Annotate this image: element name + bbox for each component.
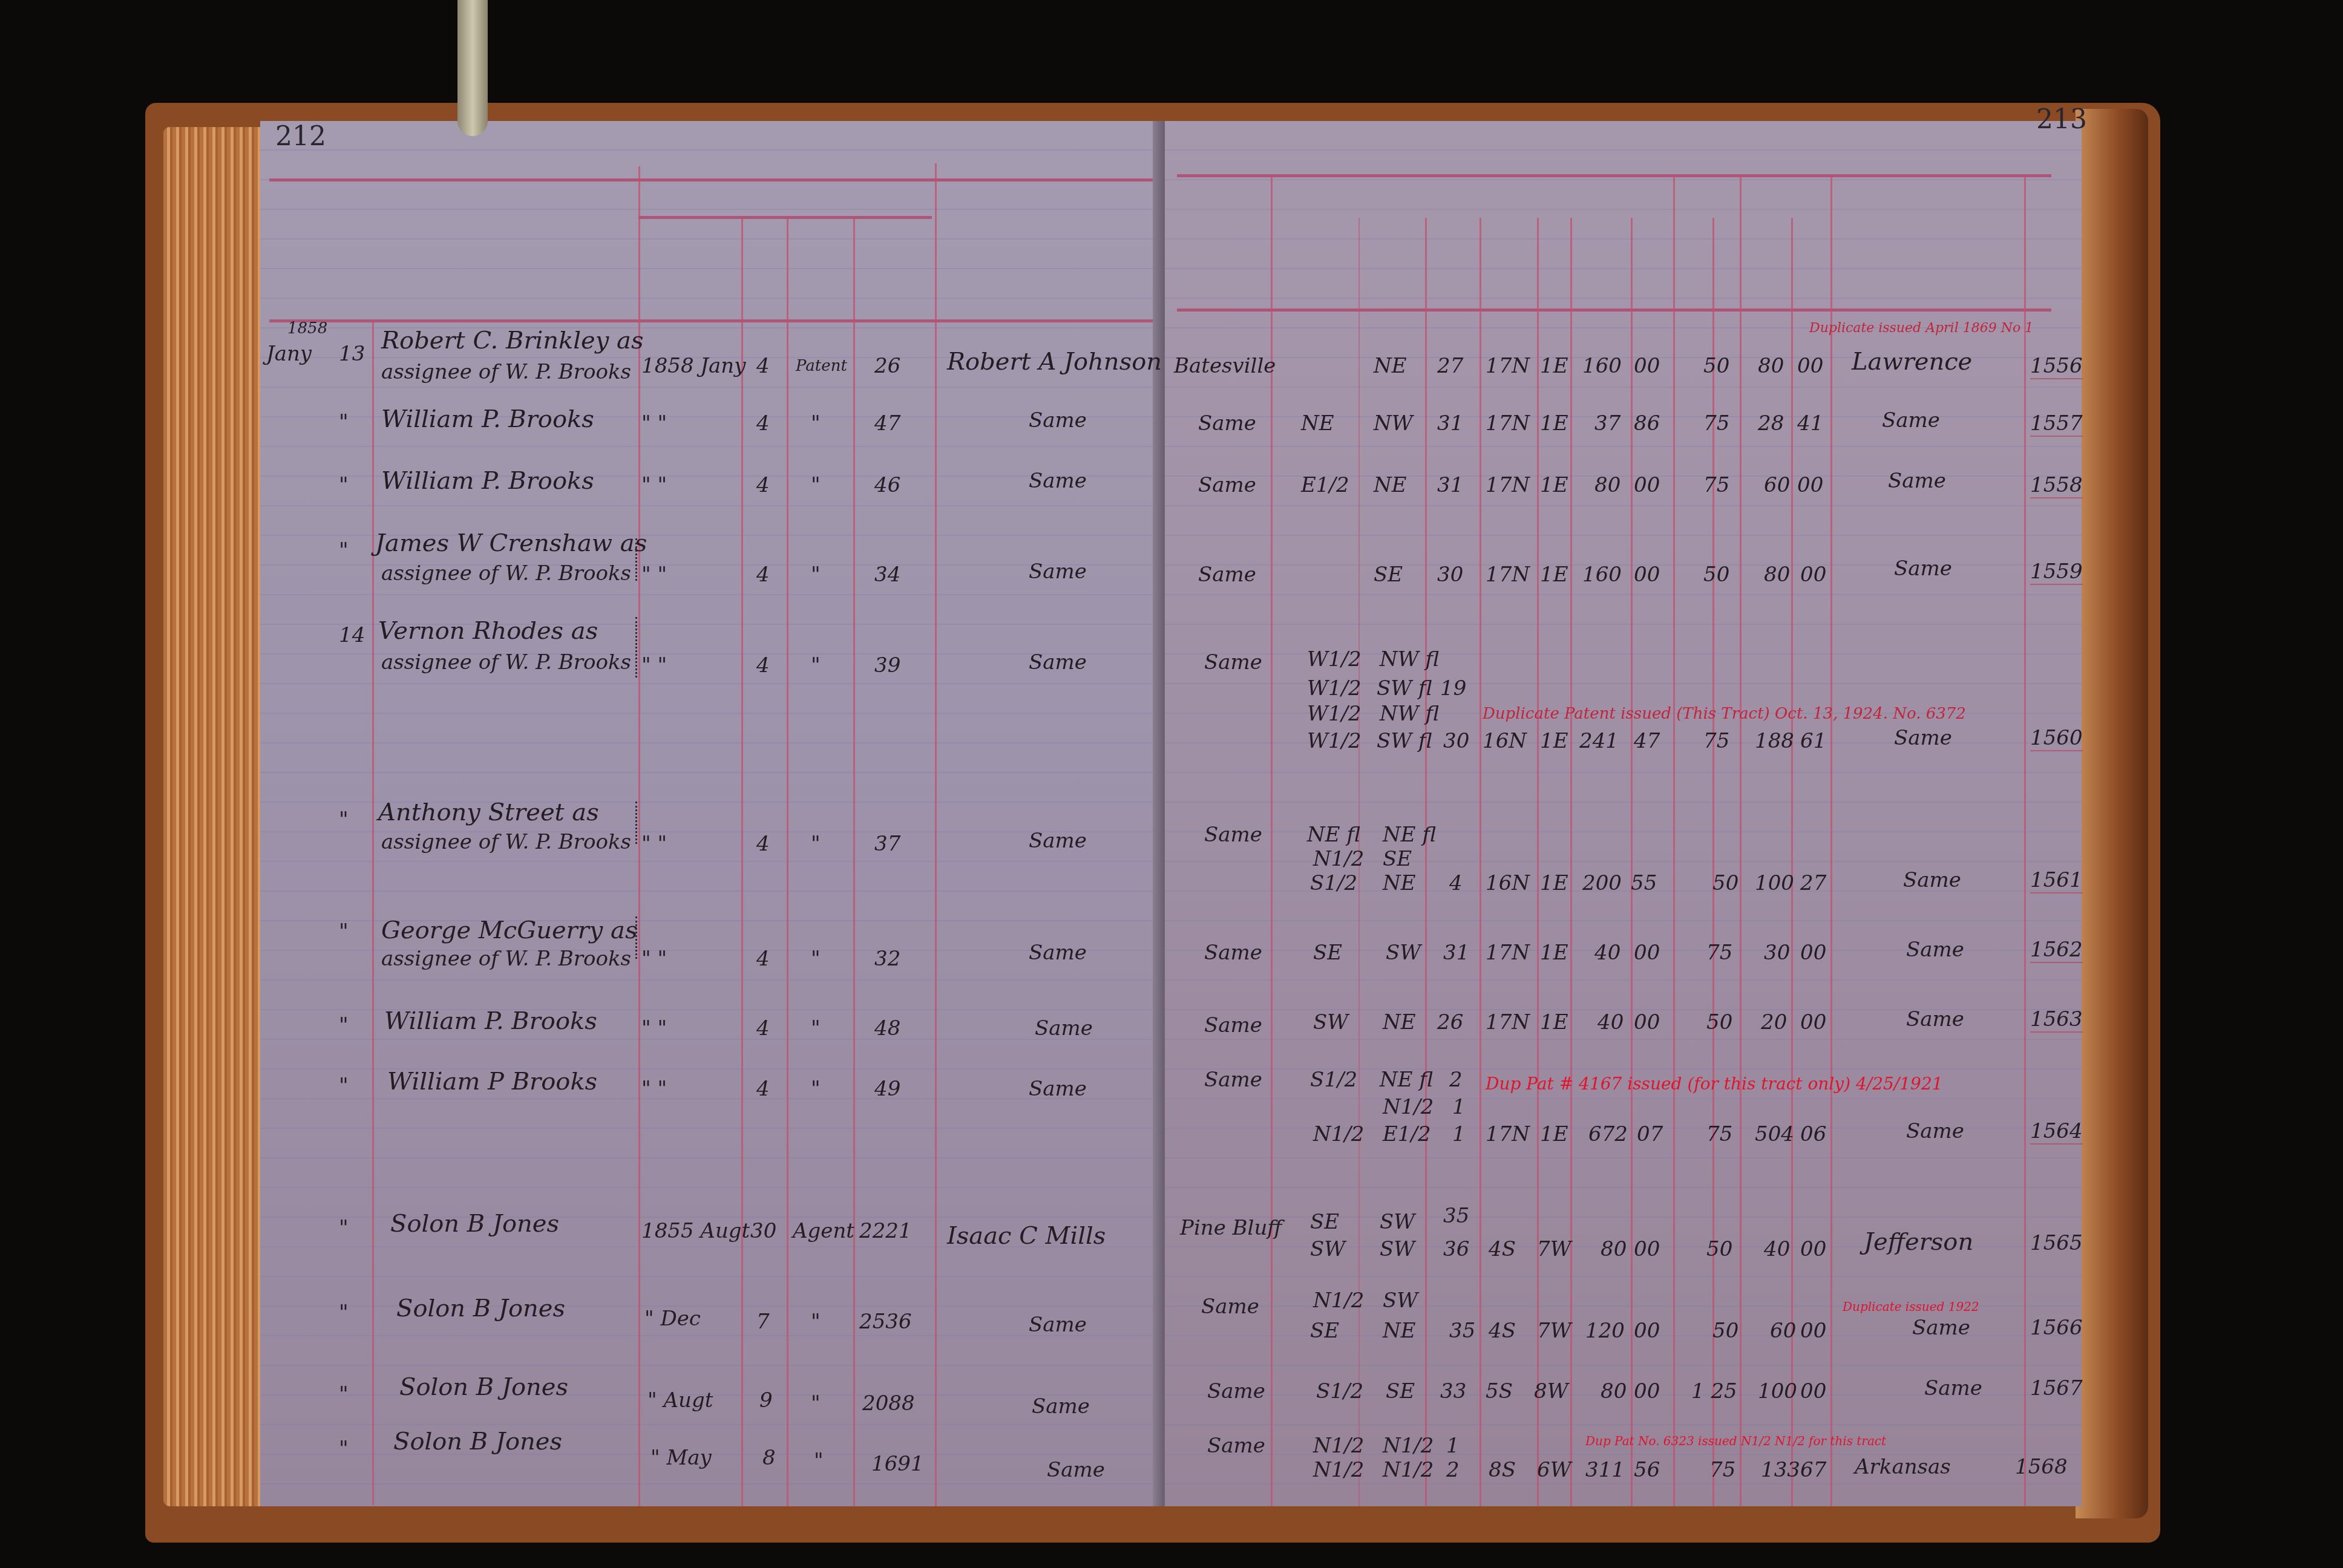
amount: 30 — [1764, 941, 1790, 965]
right-page-stack-edge — [2076, 109, 2148, 1518]
tract-part: S1/2 — [1310, 1068, 1357, 1092]
rate: 75 — [1703, 729, 1729, 753]
township: 17N — [1486, 354, 1530, 378]
residence: Same — [1198, 563, 1256, 587]
residence: Same — [1204, 941, 1262, 965]
brace-mark — [635, 916, 640, 959]
entry-ditto: " — [339, 410, 349, 434]
section: 26 — [1437, 1010, 1463, 1034]
tract-quarter: NW fl — [1380, 647, 1439, 671]
residence: Same — [1204, 1068, 1262, 1092]
tract-part: NE fl — [1307, 823, 1360, 847]
purchaser-name: William P. Brooks — [384, 1007, 597, 1035]
range: 1E — [1540, 354, 1568, 378]
tract-part: N1/2 — [1313, 1458, 1364, 1482]
amount: 133 — [1761, 1458, 1800, 1482]
warrant-date: " " — [641, 947, 667, 971]
range: 1E — [1540, 473, 1568, 497]
certificate-number: 1566 — [2030, 1316, 2083, 1340]
warrant-type: " — [811, 832, 821, 856]
amount: 20 — [1761, 1010, 1787, 1034]
amount: 100 — [1755, 871, 1794, 895]
locator-name: Same — [1029, 650, 1087, 675]
purchaser-name: William P. Brooks — [381, 405, 594, 433]
county: Jefferson — [1864, 1228, 1973, 1256]
warrant-day: 4 — [756, 832, 770, 856]
column-rule — [741, 218, 743, 1506]
quarter: NE — [1374, 354, 1407, 378]
tract-quarter: SW — [1380, 1237, 1415, 1261]
residence: Pine Bluff — [1180, 1216, 1282, 1240]
quarter: SE — [1374, 563, 1403, 587]
section: 31 — [1443, 941, 1469, 965]
amount: 28 — [1758, 411, 1784, 436]
warrant-date: " " — [641, 563, 667, 587]
acres-fraction: 00 — [1634, 1237, 1660, 1261]
column-rule — [372, 319, 374, 1505]
section: 33 — [1440, 1379, 1466, 1403]
warrant-type: " — [811, 1077, 821, 1101]
locator-name: Same — [1047, 1458, 1105, 1482]
entry-ditto: " — [339, 1382, 349, 1406]
entry-month: Jany — [266, 342, 312, 366]
locator-name: Same — [1035, 1016, 1093, 1040]
tract-part: SE — [1310, 1210, 1339, 1234]
certificate-number: 1567 — [2030, 1376, 2083, 1400]
tract-quarter: NE fl — [1380, 1068, 1433, 1092]
range: 7W — [1537, 1319, 1571, 1343]
warrant-type: " — [814, 1449, 824, 1473]
amount-cents: 00 — [1797, 354, 1823, 378]
warrant-type: " — [811, 1310, 821, 1334]
county: Same — [1906, 1119, 1964, 1143]
quarter: NE — [1383, 1010, 1416, 1034]
county: Lawrence — [1852, 348, 1972, 376]
acres: 40 — [1597, 1010, 1624, 1034]
warrant-date: " May — [650, 1446, 712, 1470]
range: 1E — [1540, 1010, 1568, 1034]
warrant-day: 30 — [750, 1219, 776, 1243]
tract-quarter: NE fl — [1383, 823, 1436, 847]
tract-quarter: SE — [1383, 847, 1412, 871]
rate: 50 — [1703, 354, 1729, 378]
entry-ditto: " — [339, 1437, 349, 1461]
column-rule — [1791, 218, 1793, 1506]
acres: 37 — [1594, 411, 1620, 436]
acres: 200 — [1582, 871, 1622, 895]
red-annotation: Duplicate issued April 1869 No 1 — [1809, 321, 2033, 336]
tract-section: 19 — [1440, 676, 1466, 701]
rate: 1 25 — [1691, 1379, 1737, 1403]
rate: 75 — [1706, 941, 1732, 965]
warrant-day: 7 — [756, 1310, 770, 1334]
locator-name: Same — [1029, 560, 1087, 584]
left-page-stack-edge — [163, 127, 272, 1506]
acres: 311 — [1585, 1458, 1625, 1482]
tract-quarter: NE — [1383, 871, 1416, 895]
warrant-type: " — [811, 947, 821, 971]
amount-cents: 00 — [1797, 473, 1823, 497]
acres: 241 — [1579, 729, 1619, 753]
purchaser-name: William P. Brooks — [381, 467, 594, 495]
red-annotation: Duplicate Patent issued (This Tract) Oct… — [1483, 705, 1966, 723]
warrant-number: 2536 — [859, 1310, 912, 1334]
right-page-number: 213 — [2036, 104, 2087, 135]
quarter: SE — [1386, 1379, 1415, 1403]
brace-mark — [635, 617, 640, 678]
county: Same — [1882, 408, 1940, 433]
range: 1E — [1540, 563, 1568, 587]
part-of-section: SE — [1313, 941, 1342, 965]
warrant-type: Agent — [793, 1219, 854, 1243]
warrant-type: " — [811, 1391, 821, 1416]
locator-name: Robert A Johnson — [947, 348, 1162, 376]
tract-section: 35 — [1443, 1204, 1469, 1228]
part-of-section: SW — [1313, 1010, 1348, 1034]
locator-name: Same — [1029, 941, 1087, 965]
warrant-day: 4 — [756, 1016, 770, 1040]
purchaser-name: James W Crenshaw as — [375, 529, 647, 557]
residence: Same — [1204, 1013, 1262, 1037]
purchaser-assignee: assignee of W. P. Brooks — [381, 561, 631, 586]
acres-fraction: 07 — [1637, 1122, 1663, 1146]
acres-fraction: 56 — [1634, 1458, 1660, 1482]
county: Same — [1903, 868, 1961, 892]
range: 1E — [1540, 729, 1568, 753]
township: 17N — [1486, 563, 1530, 587]
amount: 60 — [1770, 1319, 1796, 1343]
column-rule — [2024, 175, 2026, 1506]
range: 1E — [1540, 1122, 1568, 1146]
warrant-day: 4 — [756, 947, 770, 971]
purchaser-assignee: assignee of W. P. Brooks — [381, 650, 631, 675]
acres: 120 — [1585, 1319, 1625, 1343]
locator-name: Same — [1029, 469, 1087, 493]
amount-cents: 67 — [1800, 1458, 1826, 1482]
purchaser-name: Robert C. Brinkley as — [381, 327, 643, 354]
column-rule — [1570, 218, 1572, 1506]
tract-section: 30 — [1443, 729, 1469, 753]
purchaser-name: Vernon Rhodes as — [378, 617, 598, 645]
tract-part: SW — [1310, 1237, 1345, 1261]
county: Arkansas — [1855, 1455, 1951, 1479]
column-rule — [935, 163, 937, 1506]
amount: 80 — [1758, 354, 1784, 378]
tract-quarter: E1/2 — [1383, 1122, 1431, 1146]
entry-ditto: " — [339, 920, 349, 944]
tract-quarter: SW — [1380, 1210, 1415, 1234]
purchaser-assignee: assignee of W. P. Brooks — [381, 947, 631, 971]
certificate-number: 1559 — [2030, 560, 2083, 585]
certificate-number: 1565 — [2030, 1231, 2083, 1255]
warrant-day: 8 — [762, 1446, 776, 1470]
tract-part: N1/2 — [1313, 1122, 1364, 1146]
warrant-number: 1691 — [871, 1452, 924, 1476]
column-rule — [787, 218, 788, 1506]
warrant-date: " " — [641, 832, 667, 856]
warrant-date: " " — [641, 411, 667, 436]
column-rule — [853, 218, 855, 1506]
tract-part: W1/2 — [1307, 647, 1362, 671]
warrant-day: 4 — [756, 473, 770, 497]
residence: Same — [1204, 823, 1262, 847]
warrant-day: 4 — [756, 411, 770, 436]
amount: 504 — [1755, 1122, 1794, 1146]
range: 1E — [1540, 941, 1568, 965]
section: 31 — [1437, 411, 1463, 436]
entry-ditto: " — [339, 1013, 349, 1037]
warrant-type: Patent — [796, 357, 847, 375]
tract-quarter: N1/2 — [1383, 1458, 1434, 1482]
county: Same — [1894, 557, 1952, 581]
red-annotation: Duplicate issued 1922 — [1843, 1299, 1979, 1314]
tract-quarter: NE — [1383, 1319, 1416, 1343]
tract-quarter: SW — [1383, 1289, 1418, 1313]
acres-fraction: 00 — [1634, 563, 1660, 587]
locator-name: Isaac C Mills — [947, 1222, 1106, 1250]
part-of-section: E1/2 — [1301, 473, 1349, 497]
rate: 75 — [1703, 473, 1729, 497]
amount-cents: 00 — [1800, 1379, 1826, 1403]
certificate-number: 1557 — [2030, 411, 2083, 437]
township: 17N — [1486, 473, 1530, 497]
column-rule — [1480, 218, 1481, 1506]
section: 30 — [1437, 563, 1463, 587]
left-page-number: 212 — [275, 121, 326, 152]
residence: Same — [1207, 1434, 1265, 1458]
tract-part: S1/2 — [1310, 871, 1357, 895]
warrant-day: 4 — [756, 354, 770, 378]
certificate-number: 1563 — [2030, 1007, 2083, 1033]
tract-section: 1 — [1446, 1434, 1460, 1458]
column-rule — [1740, 175, 1742, 1506]
amount: 80 — [1764, 563, 1790, 587]
acres-fraction: 00 — [1634, 1010, 1660, 1034]
column-rule — [1631, 218, 1633, 1506]
amount-cents: 61 — [1800, 729, 1826, 753]
county: Same — [1912, 1316, 1970, 1340]
part-of-section: NE — [1301, 411, 1334, 436]
residence: Same — [1198, 473, 1256, 497]
tract-part: SE — [1310, 1319, 1339, 1343]
purchaser-name: George McGuerry as — [381, 916, 638, 944]
acres-fraction: 00 — [1634, 1319, 1660, 1343]
locator-name: Same — [1029, 829, 1087, 853]
tract-section: 1 — [1452, 1122, 1466, 1146]
locator-name: Same — [1029, 1313, 1087, 1337]
quarter: SW — [1386, 941, 1421, 965]
warrant-number: 26 — [874, 354, 900, 378]
warrant-day: 4 — [756, 1077, 770, 1101]
warrant-number: 34 — [874, 563, 900, 587]
entry-ditto: " — [339, 538, 349, 563]
township: 16N — [1483, 729, 1527, 753]
acres: 80 — [1601, 1237, 1627, 1261]
certificate-number: 1560 — [2030, 726, 2083, 751]
acres: 40 — [1594, 941, 1620, 965]
certificate-number: 1556 — [2030, 354, 2083, 379]
township: 17N — [1486, 1122, 1530, 1146]
range: 8W — [1534, 1379, 1568, 1403]
warrant-date: " " — [641, 653, 667, 678]
tract-section: 36 — [1443, 1237, 1469, 1261]
residence: Same — [1198, 411, 1256, 436]
tract-part: N1/2 — [1313, 1434, 1364, 1458]
amount-cents: 00 — [1800, 563, 1826, 587]
acres-fraction: 55 — [1631, 871, 1657, 895]
tract-part: W1/2 — [1307, 702, 1362, 726]
township: 4S — [1489, 1237, 1516, 1261]
amount: 40 — [1764, 1237, 1790, 1261]
tract-section: 1 — [1452, 1095, 1466, 1119]
amount: 60 — [1764, 473, 1790, 497]
township: 17N — [1486, 1010, 1530, 1034]
brace-mark — [635, 802, 640, 844]
acres-fraction: 47 — [1634, 729, 1660, 753]
certificate-number: 1558 — [2030, 473, 2083, 498]
residence: Same — [1207, 1379, 1265, 1403]
warrant-number: 37 — [874, 832, 900, 856]
purchaser-name: Solon B Jones — [393, 1428, 562, 1455]
warrant-type: " — [811, 1016, 821, 1040]
purchaser-name: Solon B Jones — [399, 1373, 568, 1401]
tract-quarter: N1/2 — [1383, 1434, 1434, 1458]
tract-quarter: SW fl — [1377, 676, 1432, 701]
tract-quarter: NW fl — [1380, 702, 1439, 726]
county: Same — [1924, 1376, 1982, 1400]
tract-section: 4 — [1449, 871, 1463, 895]
metal-bookmark-clip — [457, 0, 488, 136]
tract-part: W1/2 — [1307, 729, 1362, 753]
acres-fraction: 00 — [1634, 473, 1660, 497]
certificate-number: 1561 — [2030, 868, 2083, 893]
entry-ditto: " — [339, 1216, 349, 1240]
amount-cents: 00 — [1800, 1319, 1826, 1343]
purchaser-name: William P Brooks — [387, 1068, 597, 1096]
warrant-date: " Augt — [647, 1388, 713, 1413]
acres: 160 — [1582, 354, 1622, 378]
county: Same — [1906, 938, 1964, 962]
section: 27 — [1437, 354, 1463, 378]
amount-cents: 00 — [1800, 941, 1826, 965]
warrant-day: 4 — [756, 653, 770, 678]
rate: 50 — [1712, 871, 1738, 895]
amount-cents: 27 — [1800, 871, 1826, 895]
county: Same — [1894, 726, 1952, 750]
range: 1E — [1540, 411, 1568, 436]
township: 4S — [1489, 1319, 1516, 1343]
warrant-number: 32 — [874, 947, 900, 971]
entry-ditto: " — [339, 473, 349, 497]
township: 17N — [1486, 941, 1530, 965]
locator-name: Same — [1029, 1077, 1087, 1101]
acres: 80 — [1594, 473, 1620, 497]
rate: 50 — [1703, 563, 1729, 587]
county: Same — [1906, 1007, 1964, 1031]
warrant-number: 2221 — [859, 1219, 912, 1243]
warrant-day: 9 — [759, 1388, 773, 1413]
header-bottom-rule-right — [1177, 309, 2051, 312]
rate: 50 — [1712, 1319, 1738, 1343]
range: 1E — [1540, 871, 1568, 895]
county: Same — [1888, 469, 1946, 493]
tract-part: W1/2 — [1307, 676, 1362, 701]
warrant-type: " — [811, 653, 821, 678]
warrant-number: 46 — [874, 473, 900, 497]
tract-section: 2 — [1449, 1068, 1463, 1092]
residence: Same — [1204, 650, 1262, 675]
header-bottom-rule — [269, 319, 1153, 322]
quarter: NE — [1374, 473, 1407, 497]
column-rule — [1425, 218, 1427, 1506]
acres: 160 — [1582, 563, 1622, 587]
acres-fraction: 00 — [1634, 354, 1660, 378]
certificate-number: 1564 — [2030, 1119, 2083, 1145]
acres: 672 — [1588, 1122, 1628, 1146]
township: 17N — [1486, 411, 1530, 436]
certificate-number: 1568 — [2015, 1455, 2068, 1479]
column-rule — [1673, 175, 1675, 1506]
purchaser-assignee: assignee of W. P. Brooks — [381, 360, 631, 384]
purchaser-name: Solon B Jones — [390, 1210, 559, 1238]
certificate-number: 1562 — [2030, 938, 2083, 963]
red-annotation: Dup Pat # 4167 issued (for this tract on… — [1486, 1074, 1943, 1094]
warrant-date: " Dec — [644, 1307, 701, 1331]
township: 16N — [1486, 871, 1530, 895]
acres: 80 — [1601, 1379, 1627, 1403]
township: 5S — [1486, 1379, 1513, 1403]
column-rule — [1537, 218, 1539, 1506]
residence: Same — [1201, 1295, 1259, 1319]
warrant-date: " " — [641, 1016, 667, 1040]
amount-cents: 00 — [1800, 1237, 1826, 1261]
entry-ditto: " — [339, 1301, 349, 1325]
entry-day: 13 — [339, 342, 365, 366]
entry-ditto: " — [339, 808, 349, 832]
entry-day: 14 — [339, 623, 365, 647]
tract-part: N1/2 — [1313, 1289, 1364, 1313]
locator-name: Same — [1029, 408, 1087, 433]
locator-name: Same — [1032, 1394, 1090, 1419]
warrant-date: " " — [641, 1077, 667, 1101]
purchaser-name: Solon B Jones — [396, 1295, 565, 1322]
residence: Batesville — [1174, 354, 1276, 378]
range: 6W — [1537, 1458, 1571, 1482]
tract-section: 35 — [1449, 1319, 1475, 1343]
warrant-number: 48 — [874, 1016, 900, 1040]
warrant-date: " " — [641, 473, 667, 497]
rate: 75 — [1709, 1458, 1735, 1482]
warrant-number: 2088 — [862, 1391, 915, 1416]
rate: 75 — [1703, 411, 1729, 436]
range: 7W — [1537, 1237, 1571, 1261]
amount: 188 — [1755, 729, 1794, 753]
header-sub-rule — [638, 216, 932, 219]
tract-quarter: N1/2 — [1383, 1095, 1434, 1119]
header-top-rule-right — [1177, 174, 2051, 177]
warrant-type: " — [811, 473, 821, 497]
section: 31 — [1437, 473, 1463, 497]
amount-cents: 06 — [1800, 1122, 1826, 1146]
tract-section: 2 — [1446, 1458, 1460, 1482]
acres-fraction: 86 — [1634, 411, 1660, 436]
warrant-date: 1858 Jany — [641, 354, 745, 378]
warrant-type: " — [811, 411, 821, 436]
township: 8S — [1489, 1458, 1516, 1482]
entry-year: 1858 — [287, 319, 327, 338]
tract-quarter: SW fl — [1377, 729, 1432, 753]
column-rule — [1830, 175, 1832, 1506]
